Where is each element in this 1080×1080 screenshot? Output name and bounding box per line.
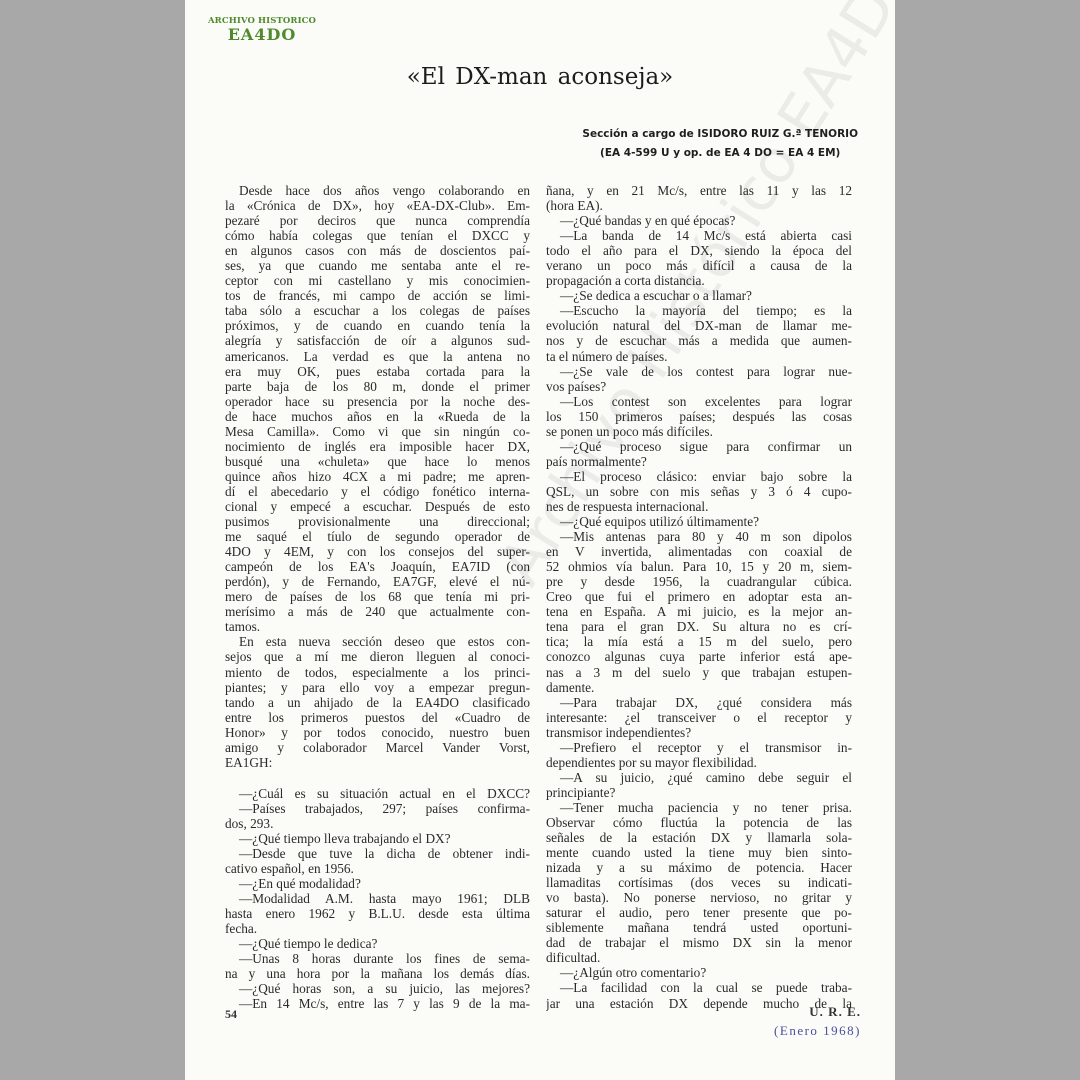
text-line: —Mis antenas para 80 y 40 m son dipolos: [546, 529, 852, 544]
text-line: cómo había colegas que tenían el DXCC y: [225, 228, 530, 243]
text-line: pezaré por deciros que nunca comprendía: [225, 213, 530, 228]
text-line: En esta nueva sección deseo que estos co…: [225, 634, 530, 649]
text-line: entre los primeros puestos del «Cuadro d…: [225, 710, 530, 725]
text-line: —¿Se vale de los contest para lograr nue…: [546, 364, 852, 379]
text-line: ta el número de países.: [546, 349, 852, 364]
right-column: ñana, y en 21 Mc/s, entre las 11 y las 1…: [546, 183, 852, 1011]
text-line: —Para trabajar DX, ¿qué considera más: [546, 695, 852, 710]
text-line: na y una hora por la mañana los demás dí…: [225, 966, 530, 981]
text-line: principiante?: [546, 785, 852, 800]
text-line: damente.: [546, 680, 852, 695]
text-line: —Prefiero el receptor y el transmisor in…: [546, 740, 852, 755]
footer-publication: U. R. E. (Enero 1968): [774, 1002, 861, 1040]
text-line: campeón de los EA's Joaquín, EA7ID (con: [225, 559, 530, 574]
text-line: parte baja de los 80 m, donde el primer: [225, 379, 530, 394]
text-line: en V invertida, alimentadas con coaxial …: [546, 544, 852, 559]
text-line: amigo y colaborador Marcel Vander Vorst,: [225, 740, 530, 755]
text-line: (hora EA).: [546, 198, 852, 213]
text-line: piantes; y para ello voy a empezar pregu…: [225, 680, 530, 695]
text-line: —Modalidad A.M. hasta mayo 1961; DLB: [225, 891, 530, 906]
text-line: —Los contest son excelentes para lograr: [546, 394, 852, 409]
text-line: —El proceso clásico: enviar bajo sobre l…: [546, 469, 852, 484]
magazine-page: ARCHIVO HISTORICO EA4DO Archivo Históric…: [185, 0, 895, 1080]
text-line: merísimo a más de 240 que actualmente co…: [225, 604, 530, 619]
text-line: nas a 3 m del suelo y que trabajan estup…: [546, 665, 852, 680]
text-line: próximos, y de cuando en cuando tenía la: [225, 318, 530, 333]
text-line: —¿Qué equipos utilizó últimamente?: [546, 514, 852, 529]
text-line: dos, 293.: [225, 816, 530, 831]
text-line: alegría y satisfacción de oír a algunos …: [225, 333, 530, 348]
text-line: hasta enero 1962 y B.L.U. desde esta últ…: [225, 906, 530, 921]
text-line: cativo español, en 1956.: [225, 861, 530, 876]
text-line: —Escucho la mayoría del tiempo; es la: [546, 303, 852, 318]
text-line: —¿Cuál es su situación actual en el DXCC…: [225, 786, 530, 801]
text-line: dad de trabajar el mismo DX sin la menor: [546, 935, 852, 950]
text-line: pusimos provisionalmente una direccional…: [225, 514, 530, 529]
text-line: taba sólo a escuchar a los colegas de pa…: [225, 303, 530, 318]
text-line: pre y desde 1956, la cuadrangular cúbica…: [546, 574, 852, 589]
text-line: señales de la estación DX y llamarla sol…: [546, 830, 852, 845]
issue-date: (Enero 1968): [774, 1021, 861, 1040]
text-line: —¿Qué proceso sigue para confirmar un: [546, 439, 852, 454]
text-line: nes de respuesta internacional.: [546, 499, 852, 514]
text-line: la «Crónica de DX», hoy «EA-DX-Club». Em…: [225, 198, 530, 213]
text-line: propagación a corta distancia.: [546, 273, 852, 288]
text-line: —La facilidad con la cual se puede traba…: [546, 980, 852, 995]
byline-callsigns: (EA 4-599 U y op. de EA 4 DO = EA 4 EM): [582, 144, 858, 163]
text-line: todo el año para el DX, siendo la época …: [546, 243, 852, 258]
text-line: 52 ohmios vía balun. Para 10, 15 y 20 m,…: [546, 559, 852, 574]
text-line: busqué una «chuleta» que hace lo menos: [225, 454, 530, 469]
text-line: mente cuando usted la tiene muy bien sin…: [546, 845, 852, 860]
text-line: nocimiento de inglés era imposible hacer…: [225, 439, 530, 454]
text-line: tos de francés, mi campo de acción se li…: [225, 288, 530, 303]
text-line: —A su juicio, ¿qué camino debe seguir el: [546, 770, 852, 785]
text-line: —Desde que tuve la dicha de obtener indi…: [225, 846, 530, 861]
text-line: dificultad.: [546, 950, 852, 965]
text-line: fecha.: [225, 921, 530, 936]
text-line: Desde hace dos años vengo colaborando en: [225, 183, 530, 198]
text-line: tica; la mía está a 15 m del suelo, pero: [546, 634, 852, 649]
text-line: era muy OK, pues estaba cortada para la: [225, 364, 530, 379]
left-column: Desde hace dos años vengo colaborando en…: [225, 183, 530, 1012]
text-line: —¿En qué modalidad?: [225, 876, 530, 891]
text-line: tena en España. A mi juicio, es la mejor…: [546, 604, 852, 619]
text-line: cional y empecé a escuchar. Después de e…: [225, 499, 530, 514]
text-line: —La banda de 14 Mc/s está abierta casi: [546, 228, 852, 243]
archive-stamp-callsign: EA4DO: [207, 26, 317, 44]
text-line: transmisor independientes?: [546, 725, 852, 740]
text-line: conozco algunas cuya parte inferior está…: [546, 649, 852, 664]
text-line: nizada y a su máximo de potencia. Hacer: [546, 860, 852, 875]
text-line: —¿Qué tiempo lleva trabajando el DX?: [225, 831, 530, 846]
text-line: tamos.: [225, 619, 530, 634]
archive-stamp: ARCHIVO HISTORICO EA4DO: [207, 16, 317, 44]
text-line: me saqué el tíulo de segundo operador de: [225, 529, 530, 544]
text-line: —¿Qué tiempo le dedica?: [225, 936, 530, 951]
text-line: —¿Algún otro comentario?: [546, 965, 852, 980]
text-line: Mesa Camilla». Como vi que sin ningún co…: [225, 424, 530, 439]
text-line: americanos. La verdad es que la antena n…: [225, 349, 530, 364]
text-line: se ponen un poco más difíciles.: [546, 424, 852, 439]
text-line: interesante: ¿el transceiver o el recept…: [546, 710, 852, 725]
text-line: vos países?: [546, 379, 852, 394]
text-line: operador hace su presencia por la noche …: [225, 394, 530, 409]
text-line: evolución natural del DX-man de llamar m…: [546, 318, 852, 333]
byline: Sección a cargo de ISIDORO RUIZ G.ª TENO…: [582, 125, 858, 163]
text-line: EA1GH:: [225, 755, 530, 770]
text-line: QSL, un sobre con mis señas y 3 ó 4 cupo…: [546, 484, 852, 499]
text-line: ceptor con mi castellano y mis conocimie…: [225, 273, 530, 288]
text-line: en algunos casos con más de doscientos p…: [225, 243, 530, 258]
text-line: 4DO y 4EM, y con los consejos del super-: [225, 544, 530, 559]
text-line: —¿Se dedica a escuchar o a llamar?: [546, 288, 852, 303]
text-line: vo basta). No ponerse nervioso, no grita…: [546, 890, 852, 905]
paragraph-gap: [225, 770, 530, 786]
text-line: dí el abecedario y el código fonético in…: [225, 484, 530, 499]
text-line: —Tener mucha paciencia y no tener prisa.: [546, 800, 852, 815]
text-line: país normalmente?: [546, 454, 852, 469]
text-line: —En 14 Mc/s, entre las 7 y las 9 de la m…: [225, 996, 530, 1011]
text-line: ñana, y en 21 Mc/s, entre las 11 y las 1…: [546, 183, 852, 198]
text-line: verano un poco más difícil a causa de la: [546, 258, 852, 273]
text-line: —¿Qué bandas y en qué épocas?: [546, 213, 852, 228]
text-line: Creo que fui el primero en adoptar esta …: [546, 589, 852, 604]
text-line: llamaditas cortísimas (dos veces su indi…: [546, 875, 852, 890]
text-line: tena para el gran DX. Su altura no es cr…: [546, 619, 852, 634]
text-line: nos y de escuchar más a medida que aumen…: [546, 333, 852, 348]
text-line: Honor» y por todos conocido, nuestro bue…: [225, 725, 530, 740]
text-line: dependientes por su mayor flexibilidad.: [546, 755, 852, 770]
text-line: miento de todos, especialmente a los pri…: [225, 665, 530, 680]
byline-author: Sección a cargo de ISIDORO RUIZ G.ª TENO…: [582, 125, 858, 144]
text-line: siblemente mañana tendrá usted oportuni-: [546, 920, 852, 935]
publication-name: U. R. E.: [774, 1002, 861, 1021]
text-line: sejos que a mí me dieron lleguen al cono…: [225, 649, 530, 664]
text-line: saturar el audio, pero tener presente qu…: [546, 905, 852, 920]
text-line: ses, ya que cuando me sentaba ante el re…: [225, 258, 530, 273]
text-line: —Unas 8 horas durante los fines de sema-: [225, 951, 530, 966]
text-line: los 150 primeros países; después las cos…: [546, 409, 852, 424]
text-line: mero de países de los 68 que tenía mi pr…: [225, 589, 530, 604]
text-line: quince años hizo 4CX a mi padre; me apre…: [225, 469, 530, 484]
article-title: «El DX-man aconseja»: [185, 64, 895, 90]
text-line: —Países trabajados, 297; países confirma…: [225, 801, 530, 816]
page-number: 54: [225, 1007, 237, 1022]
text-line: de hace muchos años en la «Rueda de la: [225, 409, 530, 424]
text-line: —¿Qué horas son, a su juicio, las mejore…: [225, 981, 530, 996]
text-line: perdón), y de Fernando, EA7GF, elevé el …: [225, 574, 530, 589]
text-line: tando a un ahijado de la EA4DO clasifica…: [225, 695, 530, 710]
text-line: Observar cómo fluctúa la potencia de las: [546, 815, 852, 830]
